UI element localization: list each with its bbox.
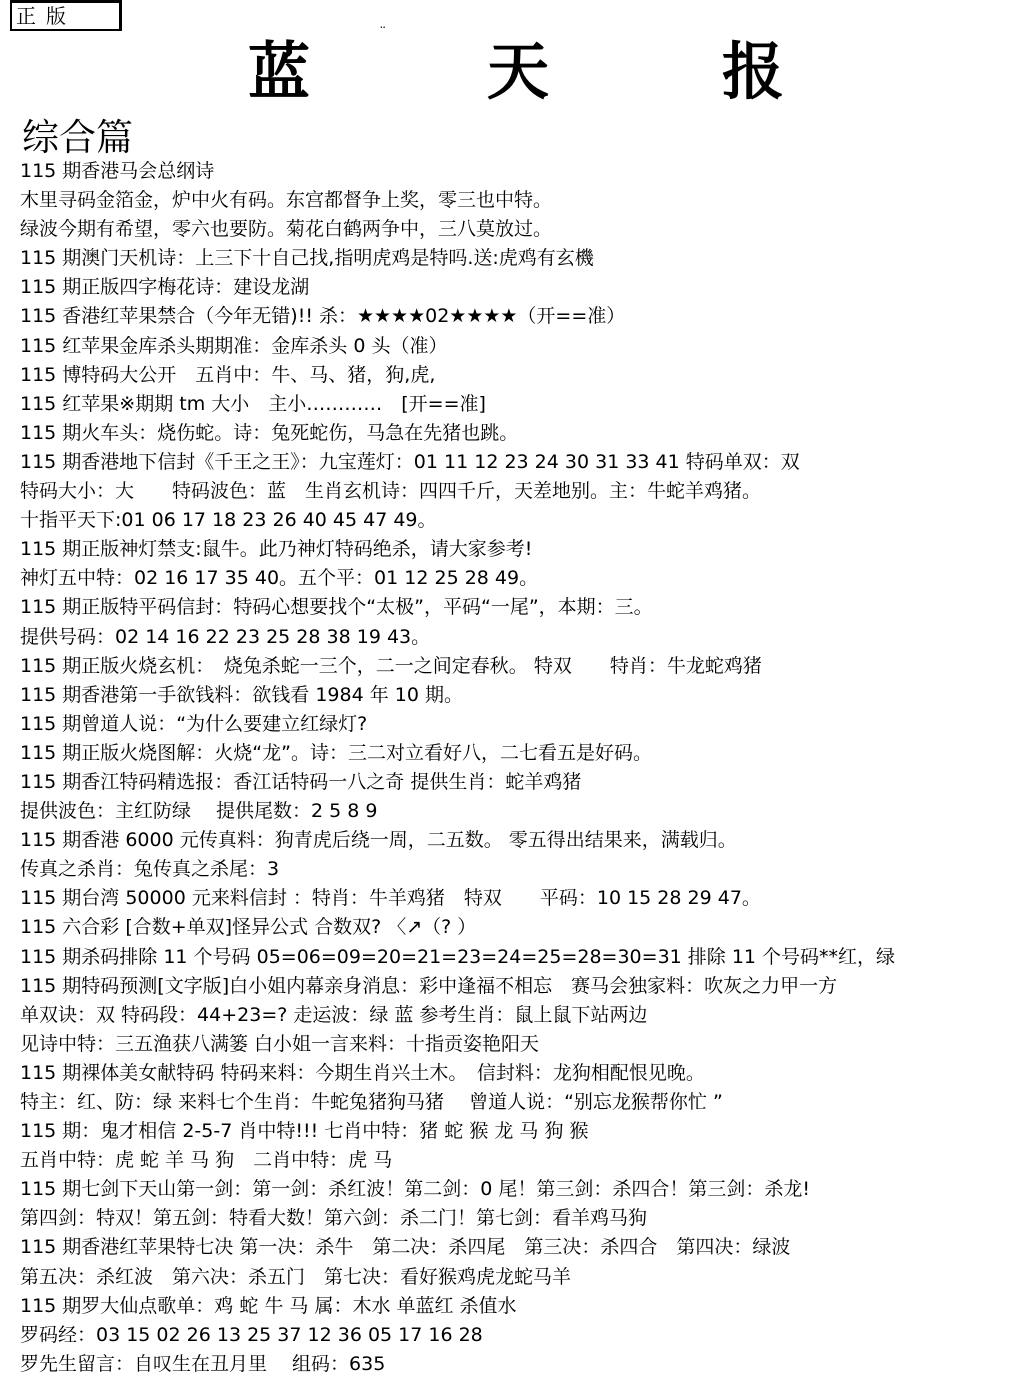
title-char-2: 天 (487, 22, 549, 111)
text-line: 115 期罗大仙点歌单：鸡 蛇 牛 马 属：木水 单蓝红 杀值水 (20, 1292, 1010, 1321)
text-line: 115 六合彩 [合数+单双]怪异公式 合数双? 〈↗（? ） (20, 913, 1010, 942)
text-line: 十指平天下:01 06 17 18 23 26 40 45 47 49。 (20, 506, 1010, 535)
text-line: 115 期杀码排除 11 个号码 05=06=09=20=21=23=24=25… (20, 943, 1010, 972)
text-line: 木里寻码金箔金，炉中火有码。东宫都督争上奖，零三也中特。 (20, 186, 1010, 215)
text-line: 神灯五中特：02 16 17 35 40。五个平：01 12 25 28 49。 (20, 564, 1010, 593)
text-line: 115 期曾道人说：“为什么要建立红绿灯? (20, 710, 1010, 739)
text-line: 罗先生留言：自叹生在丑月里 组码：635 (20, 1350, 1010, 1379)
text-line: 第四剑：特双！第五剑：特看大数！第六剑：杀二门！第七剑：看羊鸡马狗 (20, 1204, 1010, 1233)
text-line: 115 期正版四字梅花诗：建设龙湖 (20, 273, 1010, 302)
title-dots: ·· (380, 22, 386, 32)
text-line: 115 期火车头：烧伤蛇。诗：兔死蛇伤，马急在先猪也跳。 (20, 419, 1010, 448)
text-line: 115 香港红苹果禁合（今年无错)!! 杀：★★★★02★★★★（开==准） (20, 302, 1010, 331)
title-char-1: 蓝 (248, 22, 310, 111)
text-line: 特码大小：大 特码波色：蓝 生肖玄机诗：四四千斤，天差地别。主：牛蛇羊鸡猪。 (20, 477, 1010, 506)
text-line: 第五决：杀红波 第六决：杀五门 第七决：看好猴鸡虎龙蛇马羊 (20, 1263, 1010, 1292)
text-line: 115 期香江特码精选报：香江话特码一八之奇 提供生肖：蛇羊鸡猪 (20, 768, 1010, 797)
text-line: 提供号码：02 14 16 22 23 25 28 38 19 43。 (20, 623, 1010, 652)
text-line: 115 期香港 6000 元传真料：狗青虎后绕一周，二五数。 零五得出结果来，满… (20, 826, 1010, 855)
text-line: 传真之杀肖：兔传真之杀尾：3 (20, 855, 1010, 884)
text-line: 115 期正版火烧玄机： 烧兔杀蛇一三个，二一之间定春秋。 特双 特肖：牛龙蛇鸡… (20, 652, 1010, 681)
text-line: 115 博特码大公开 五肖中：牛、马、猪，狗,虎, (20, 361, 1010, 390)
text-line: 提供波色：主红防绿 提供尾数：2 5 8 9 (20, 797, 1010, 826)
text-line: 见诗中特：三五渔获八满篓 白小姐一言来料：十指贡姿艳阳天 (20, 1030, 1010, 1059)
text-line: 115 期香港第一手欲钱料：欲钱看 1984 年 10 期。 (20, 681, 1010, 710)
text-line: 特主：红、防：绿 来料七个生肖：牛蛇兔猪狗马猪 曾道人说：“别忘龙猴帮你忙 ” (20, 1088, 1010, 1117)
text-line: 115 期七剑下天山第一剑：第一剑：杀红波！第二剑：0 尾！第三剑：杀四合！第三… (20, 1175, 1010, 1204)
text-line: 单双诀：双 特码段：44+23=? 走运波：绿 蓝 参考生肖：鼠上鼠下站两边 (20, 1001, 1010, 1030)
text-line: 115 期澳门天机诗：上三下十自己找,指明虎鸡是特吗.送:虎鸡有玄機 (20, 244, 1010, 273)
text-line: 115 期香港地下信封《千王之王》：九宝莲灯：01 11 12 23 24 30… (20, 448, 1010, 477)
text-line: 115 红苹果※期期 tm 大小 主小………… [开==准] (20, 390, 1010, 419)
text-line: 115 期特码预测[文字版]白小姐内幕亲身消息：彩中逢福不相忘 赛马会独家料：吹… (20, 972, 1010, 1001)
text-line: 五肖中特：虎 蛇 羊 马 狗 二肖中特：虎 马 (20, 1146, 1010, 1175)
title-char-3: 报 (722, 22, 784, 111)
text-line: 115 红苹果金库杀头期期准：金库杀头 0 头（准） (20, 332, 1010, 361)
text-line: 115 期台湾 50000 元来料信封 ：特肖：牛羊鸡猪 特双 平码：10 15… (20, 884, 1010, 913)
section-title: 综合篇 (22, 107, 133, 161)
text-line: 115 期：鬼才相信 2-5-7 肖中特!!! 七肖中特：猪 蛇 猴 龙 马 狗… (20, 1117, 1010, 1146)
text-line: 罗码经：03 15 02 26 13 25 37 12 36 05 17 16 … (20, 1321, 1010, 1350)
text-line: 115 期正版特平码信封：特码心想要找个“太极”，平码“一尾”，本期：三。 (20, 593, 1010, 622)
text-line: 115 期香港马会总纲诗 (20, 157, 1010, 186)
text-line: 115 期正版神灯禁支:鼠牛。此乃神灯特码绝杀，请大家参考! (20, 535, 1010, 564)
text-line: 绿波今期有希望，零六也要防。菊花白鹤两争中，三八莫放过。 (20, 215, 1010, 244)
masthead-title: 蓝 ·· 天 报 (0, 22, 1019, 102)
text-line: 115 期香港红苹果特七决 第一决：杀牛 第二决：杀四尾 第三决：杀四合 第四决… (20, 1233, 1010, 1262)
text-line: 115 期裸体美女献特码 特码来料：今期生肖兴土木。 信封料：龙狗相配恨见晚。 (20, 1059, 1010, 1088)
text-line: 115 期正版火烧图解：火烧“龙”。诗：三二对立看好八，二七看五是好码。 (20, 739, 1010, 768)
content-lines: 115 期香港马会总纲诗木里寻码金箔金，炉中火有码。东宫都督争上奖，零三也中特。… (20, 157, 1010, 1379)
